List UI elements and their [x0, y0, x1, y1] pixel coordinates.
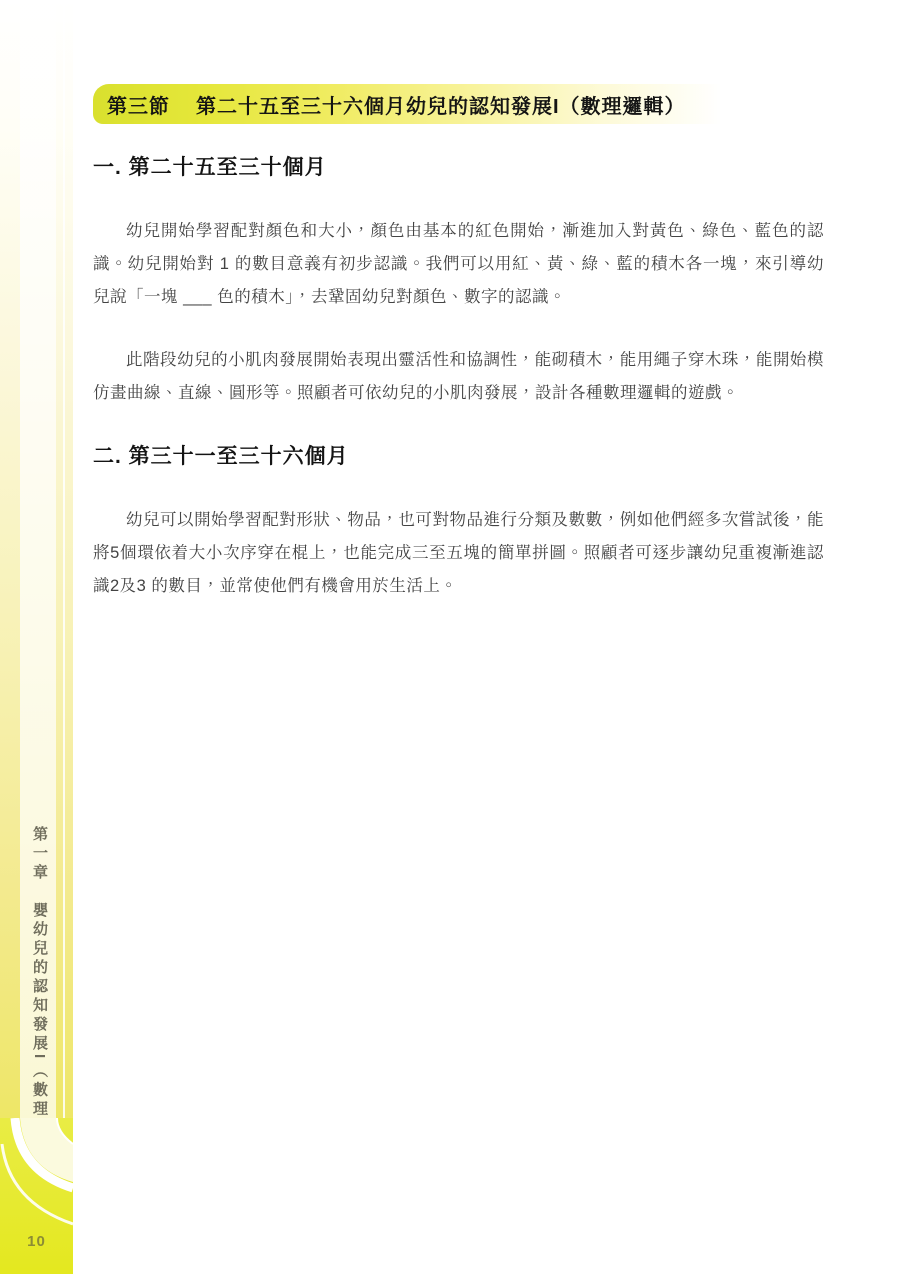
paragraph-1: 幼兒開始學習配對顏色和大小，顏色由基本的紅色開始，漸進加入對黃色、綠色、藍色的認… — [93, 215, 824, 314]
paragraph-2: 此階段幼兒的小肌肉發展開始表現出靈活性和協調性，能砌積木，能用繩子穿木珠，能開始… — [93, 344, 824, 410]
page-content: 第三節 第二十五至三十六個月幼兒的認知發展I（數理邏輯） 一. 第二十五至三十個… — [0, 0, 900, 1274]
subsection-heading-1: 一. 第二十五至三十個月 — [93, 151, 824, 181]
section-title: 第二十五至三十六個月幼兒的認知發展I（數理邏輯） — [196, 90, 686, 119]
section-title-bar: 第三節 第二十五至三十六個月幼兒的認知發展I（數理邏輯） — [93, 84, 824, 124]
section-label: 第三節 — [107, 90, 170, 119]
subsection-heading-2: 二. 第三十一至三十六個月 — [93, 440, 824, 470]
paragraph-3: 幼兒可以開始學習配對形狀、物品，也可對物品進行分類及數數，例如他們經多次嘗試後，… — [93, 504, 824, 603]
